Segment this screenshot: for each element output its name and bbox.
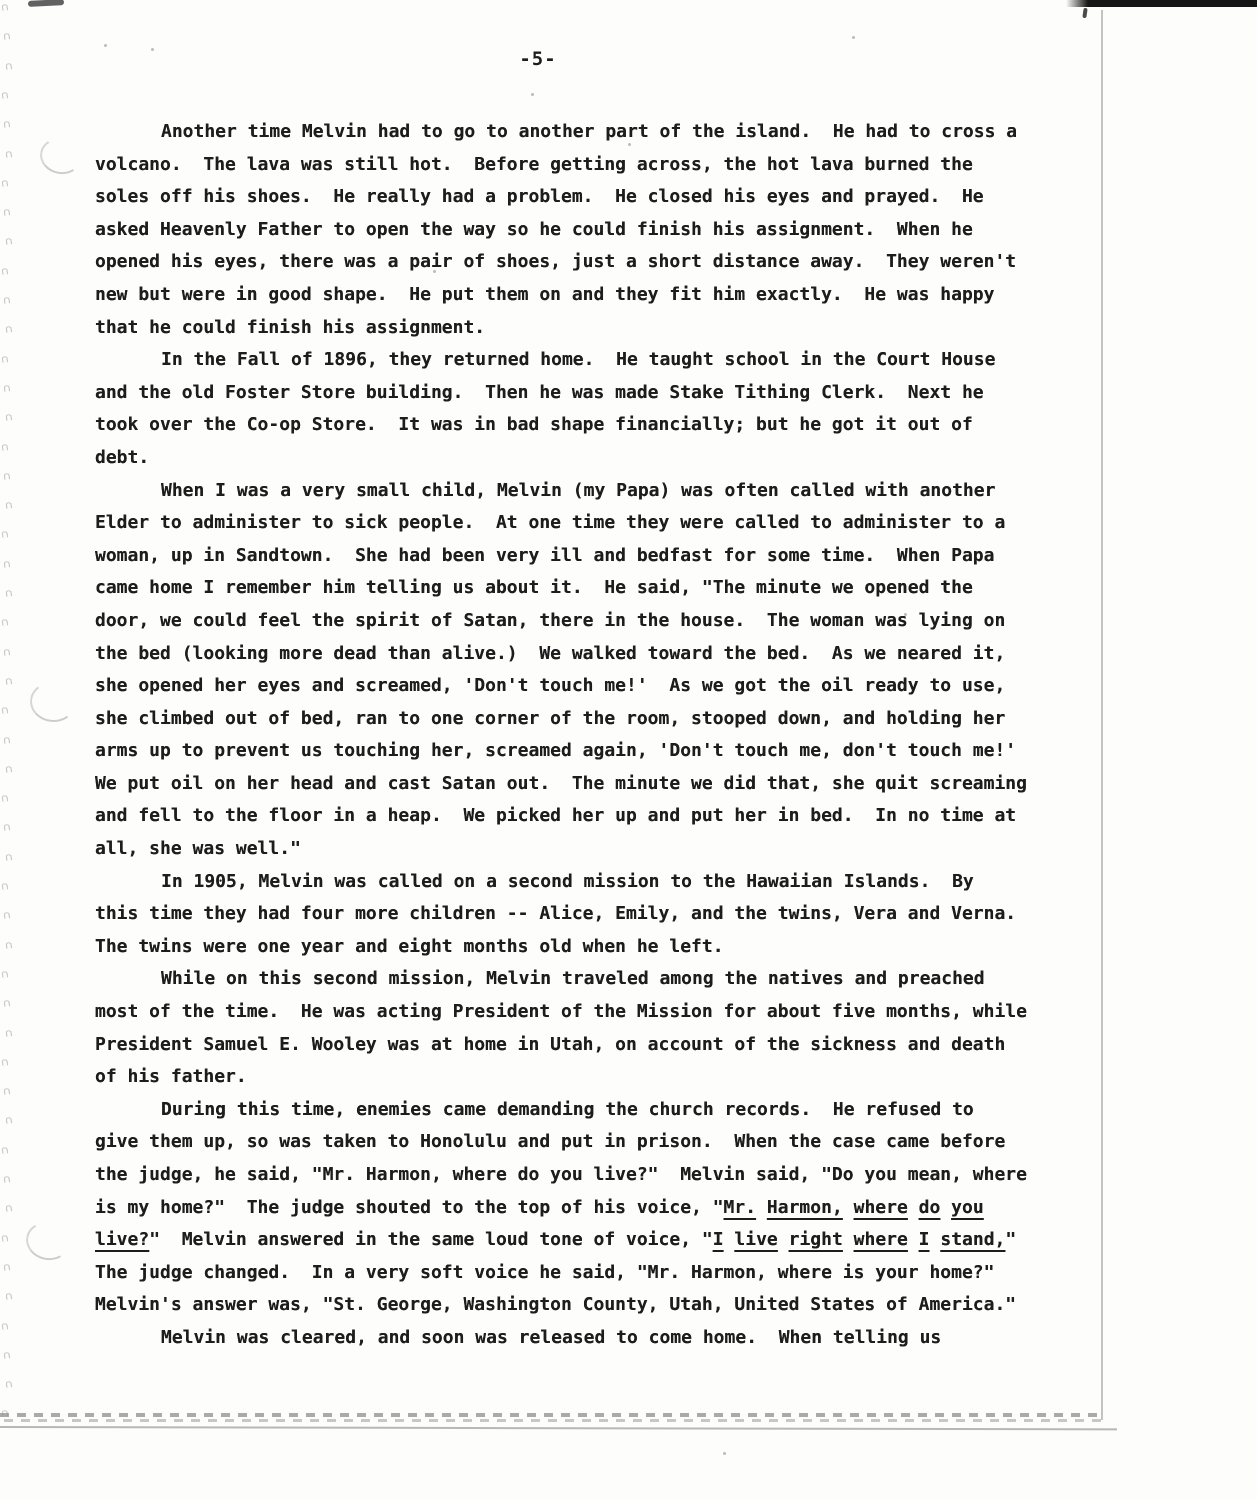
paragraph: When I was a very small child, Melvin (m… [95, 475, 1027, 866]
text-segment: Another time Melvin had to go to another… [95, 121, 1028, 338]
underlined-word: Harmon, [767, 1197, 843, 1218]
binding-hole-mark: ∩ [2, 1088, 11, 1097]
binding-hole-mark: ∩ [2, 385, 11, 394]
binding-hole-mark: ∩ [4, 1029, 13, 1038]
scan-edge-bar [1066, 0, 1257, 7]
binding-hole-mark: ∩ [2, 736, 11, 745]
paragraph: In 1905, Melvin was called on a second m… [95, 866, 1027, 964]
binding-hole-mark: ∩ [0, 1234, 9, 1243]
binding-hole-mark: ∩ [4, 853, 13, 862]
binding-hole-mark: ∩ [4, 414, 13, 423]
binding-hole-mark: ∩ [4, 765, 13, 774]
binding-hole-mark: ∩ [2, 209, 11, 218]
scan-speck [531, 93, 534, 96]
scan-smudge [1082, 8, 1087, 18]
paragraph: During this time, enemies came demanding… [95, 1094, 1027, 1322]
page-bottom-edge-line [0, 1426, 1117, 1430]
binding-holes-column: ∩∩∩∩∩∩∩∩∩∩∩∩∩∩∩∩∩∩∩∩∩∩∩∩∩∩∩∩∩∩∩∩∩∩∩∩∩∩∩∩… [0, 0, 22, 1500]
binding-hole-mark: ∩ [0, 355, 9, 364]
binding-hole-mark: ∩ [2, 824, 11, 833]
text-segment: " Melvin answered in the same loud tone … [149, 1229, 713, 1250]
text-segment: When I was a very small child, Melvin (m… [95, 480, 1038, 860]
perforation-dashes [4, 1419, 1103, 1422]
binding-hole-mark: ∩ [4, 678, 13, 687]
underlined-word: live? [95, 1229, 149, 1250]
binding-hole-mark: ∩ [4, 1205, 13, 1214]
underlined-word: I [713, 1229, 724, 1250]
underlined-word: live [734, 1229, 777, 1250]
binding-hole-mark: ∩ [2, 1264, 11, 1273]
binding-hole-mark: ∩ [2, 1351, 11, 1360]
binding-hole-mark: ∩ [0, 619, 9, 628]
binding-hole-mark: ∩ [2, 33, 11, 42]
binding-hole-mark: ∩ [4, 150, 13, 159]
underlined-word: where [854, 1197, 908, 1218]
binding-hole-mark: ∩ [4, 1293, 13, 1302]
binding-hole-mark: ∩ [0, 443, 9, 452]
binding-hole-mark: ∩ [4, 502, 13, 511]
binding-hole-mark: ∩ [2, 1176, 11, 1185]
binding-hole-mark: ∩ [4, 1117, 13, 1126]
scan-crescent-artifact [37, 135, 85, 178]
page-edge-line [1101, 10, 1103, 1420]
binding-hole-mark: ∩ [0, 92, 9, 101]
binding-hole-mark: ∩ [4, 941, 13, 950]
underlined-word: right [789, 1229, 843, 1250]
scan-speck [723, 1452, 726, 1455]
binding-hole-mark: ∩ [0, 883, 9, 892]
binding-hole-mark: ∩ [0, 971, 9, 980]
text-segment: In 1905, Melvin was called on a second m… [95, 871, 1038, 957]
binding-hole-mark: ∩ [2, 1000, 11, 1009]
binding-hole-mark: ∩ [0, 4, 9, 13]
binding-hole-mark: ∩ [4, 238, 13, 247]
underlined-word: stand, [940, 1229, 1005, 1250]
binding-hole-mark: ∩ [2, 560, 11, 569]
paragraph: While on this second mission, Melvin tra… [95, 963, 1027, 1093]
text-segment: While on this second mission, Melvin tra… [95, 968, 1038, 1087]
binding-hole-mark: ∩ [0, 707, 9, 716]
page-number: -5- [0, 48, 1076, 70]
perforation-dashes [0, 1413, 1103, 1417]
binding-hole-mark: ∩ [2, 472, 11, 481]
underlined-word: you [951, 1197, 984, 1218]
binding-hole-mark: ∩ [0, 1058, 9, 1067]
underlined-word: do [919, 1197, 941, 1218]
binding-hole-mark: ∩ [2, 297, 11, 306]
scan-smudge [28, 0, 64, 7]
binding-hole-mark: ∩ [0, 795, 9, 804]
underlined-word: where [854, 1229, 908, 1250]
underlined-word: I [919, 1229, 930, 1250]
binding-hole-mark: ∩ [2, 121, 11, 130]
binding-hole-mark: ∩ [4, 590, 13, 599]
binding-hole-mark: ∩ [2, 912, 11, 921]
scan-crescent-artifact [23, 1218, 74, 1264]
binding-hole-mark: ∩ [0, 179, 9, 188]
paragraph: Melvin was cleared, and soon was release… [95, 1322, 1027, 1355]
binding-hole-mark: ∩ [4, 1381, 13, 1390]
binding-hole-mark: ∩ [4, 326, 13, 335]
binding-hole-mark: ∩ [0, 267, 9, 276]
text-segment: In the Fall of 1896, they returned home.… [95, 349, 1006, 468]
underlined-word: Mr. [724, 1197, 757, 1218]
scan-speck [852, 36, 855, 39]
binding-hole-mark: ∩ [2, 648, 11, 657]
binding-hole-mark: ∩ [0, 1322, 9, 1331]
scan-speck [104, 44, 107, 47]
binding-hole-mark: ∩ [0, 531, 9, 540]
binding-hole-mark: ∩ [0, 1146, 9, 1155]
document-text: Another time Melvin had to go to another… [95, 116, 1027, 1355]
text-segment: Melvin was cleared, and soon was release… [161, 1327, 941, 1348]
paragraph: Another time Melvin had to go to another… [95, 116, 1027, 344]
paragraph: In the Fall of 1896, they returned home.… [95, 344, 1027, 474]
scan-crescent-artifact [28, 680, 78, 725]
